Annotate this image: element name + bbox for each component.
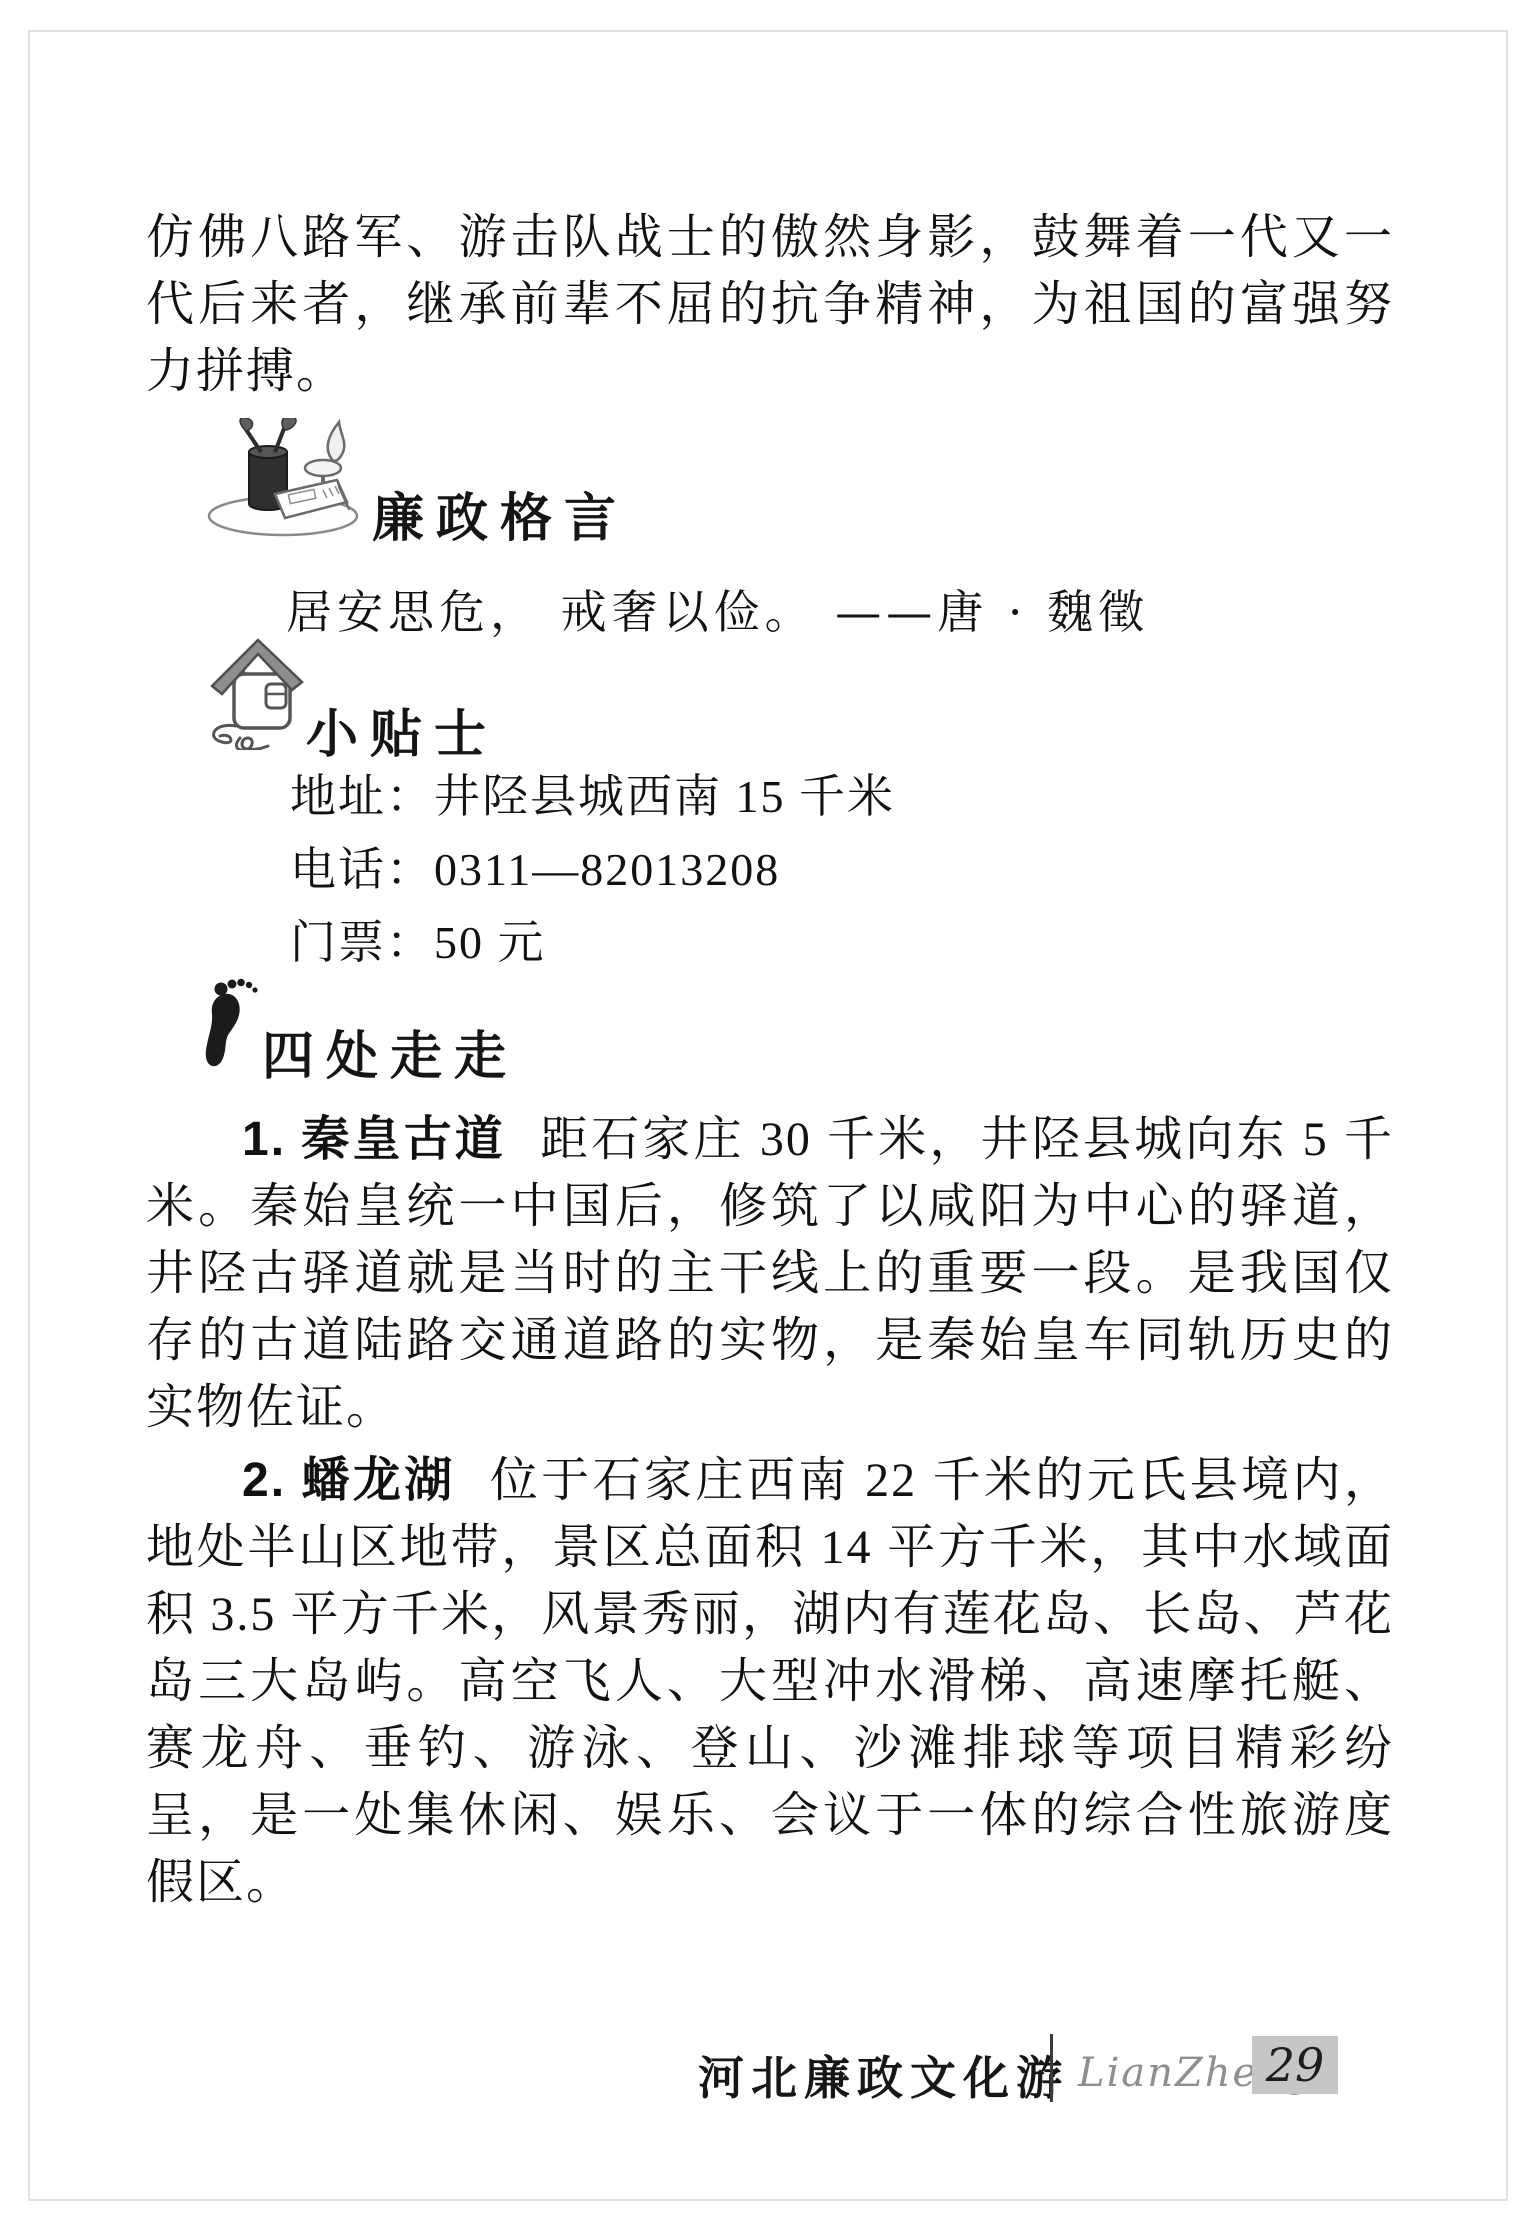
footprint-icon: [204, 978, 258, 1074]
page-number-box: 29: [1252, 2036, 1338, 2094]
intro-paragraph: 仿佛八路军、游击队战士的傲然身影，鼓舞着一代又一代后来者，继承前辈不屈的抗争精神…: [146, 204, 1394, 405]
walk-name: 秦皇古道: [300, 1113, 506, 1166]
tip-line-address: 地址：井陉县城西南 15 千米: [290, 760, 1190, 833]
tip-line-phone: 电话：0311—82013208: [290, 833, 1190, 906]
walks-section-title: 四处走走: [262, 1014, 518, 1089]
walk-text: 位于石家庄西南 22 千米的元氏县境内，地处半山区地带，景区总面积 14 平方千…: [146, 1454, 1394, 1909]
walk-number: 2.: [242, 1454, 286, 1507]
tips-list: 地址：井陉县城西南 15 千米 电话：0311—82013208 门票：50 元: [290, 760, 1190, 979]
page-number: 29: [1266, 2038, 1325, 2092]
maxim-section-title: 廉政格言: [372, 476, 628, 551]
footer-book-title: 河北廉政文化游: [698, 2042, 1069, 2108]
tip-line-ticket: 门票：50 元: [290, 906, 1190, 979]
walk-paragraph-qinhuang: 1.秦皇古道距石家庄 30 千米，井陉县城向东 5 千米。秦始皇统一中国后，修筑…: [146, 1106, 1394, 1441]
walk-number: 1.: [242, 1113, 286, 1166]
walk-name: 蟠龙湖: [300, 1454, 456, 1507]
maxim-quote: 居安思危， 戒奢以俭。 ——唐 · 魏徵: [286, 576, 1149, 642]
stationery-icon: [205, 418, 365, 538]
walks-paragraphs: 1.秦皇古道距石家庄 30 千米，井陉县城向东 5 千米。秦始皇统一中国后，修筑…: [146, 1106, 1394, 1916]
house-icon: [206, 634, 306, 750]
footer-divider: [1050, 2034, 1053, 2102]
book-page: 仿佛八路军、游击队战士的傲然身影，鼓舞着一代又一代后来者，继承前辈不屈的抗争精神…: [0, 0, 1536, 2229]
tips-section-title: 小贴士: [306, 692, 498, 767]
walk-paragraph-panlonghu: 2.蟠龙湖位于石家庄西南 22 千米的元氏县境内，地处半山区地带，景区总面积 1…: [146, 1447, 1394, 1916]
